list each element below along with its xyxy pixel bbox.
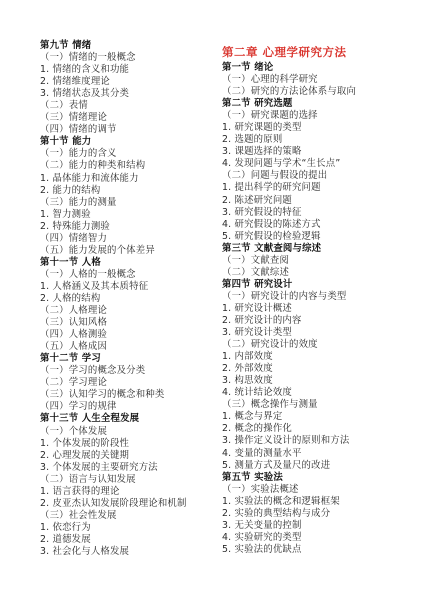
outline-item: 3. 个体发展的主要研究方法 xyxy=(40,462,220,474)
subsection-heading: （一）文献查阅 xyxy=(222,255,422,267)
outline-item: 4. 变量的测量水平 xyxy=(222,448,422,460)
subsection-heading: （一）研究课题的选择 xyxy=(222,110,422,122)
section-heading: 第三节 文献查阅与综述 xyxy=(222,243,422,255)
outline-item: 1. 概念与界定 xyxy=(222,411,422,423)
subsection-heading: （三）情绪理论 xyxy=(40,112,220,124)
outline-item: 2. 道德发展 xyxy=(40,534,220,546)
subsection-heading: （二）人格理论 xyxy=(40,305,220,317)
subsection-heading: （一）个体发展 xyxy=(40,426,220,438)
subsection-heading: （三）能力的测量 xyxy=(40,197,220,209)
subsection-heading: （四）情绪智力 xyxy=(40,233,220,245)
subsection-heading: （二）文献综述 xyxy=(222,267,422,279)
subsection-heading: （一）实验法概述 xyxy=(222,484,422,496)
subsection-heading: （三）认知学习的概念和种类 xyxy=(40,389,220,401)
outline-item: 1. 语言获得的理论 xyxy=(40,486,220,498)
outline-item: 1. 内部效度 xyxy=(222,351,422,363)
outline-item: 5. 实验法的优缺点 xyxy=(222,544,422,556)
outline-item: 2. 情绪维度理论 xyxy=(40,76,220,88)
outline-item: 5. 测量方式及量尺的改进 xyxy=(222,460,422,472)
section-heading: 第十二节 学习 xyxy=(40,353,220,365)
outline-item: 3. 操作定义设计的原则和方法 xyxy=(222,435,422,447)
outline-item: 1. 晶体能力和流体能力 xyxy=(40,173,220,185)
subsection-heading: （二）研究设计的效度 xyxy=(222,339,422,351)
outline-item: 2. 心理发展的关键期 xyxy=(40,450,220,462)
outline-item: 2. 皮亚杰认知发展阶段理论和机制 xyxy=(40,498,220,510)
outline-item: 4. 统计结论效度 xyxy=(222,387,422,399)
outline-item: 3. 情绪状态及其分类 xyxy=(40,88,220,100)
outline-item: 3. 无关变量的控制 xyxy=(222,520,422,532)
outline-item: 1. 研究课题的类型 xyxy=(222,122,422,134)
outline-item: 2. 实验的典型结构与成分 xyxy=(222,508,422,520)
outline-item: 4. 发现问题与学术“生长点” xyxy=(222,158,422,170)
outline-item: 2. 陈述研究问题 xyxy=(222,195,422,207)
subsection-heading: （二）表情 xyxy=(40,100,220,112)
outline-item: 3. 研究假设的特征 xyxy=(222,207,422,219)
subsection-heading: （四）情绪的调节 xyxy=(40,124,220,136)
section-heading: 第一节 绪论 xyxy=(222,62,422,74)
subsection-heading: （二）研究的方法论体系与取向 xyxy=(222,86,422,98)
subsection-heading: （一）人格的一般概念 xyxy=(40,269,220,281)
outline-item: 2. 人格的结构 xyxy=(40,293,220,305)
outline-item: 2. 能力的结构 xyxy=(40,185,220,197)
outline-item: 1. 提出科学的研究问题 xyxy=(222,182,422,194)
subsection-heading: （四）学习的规律 xyxy=(40,401,220,413)
section-heading: 第九节 情绪 xyxy=(40,40,220,52)
outline-item: 3. 课题选择的策略 xyxy=(222,146,422,158)
subsection-heading: （五）能力发展的个体差异 xyxy=(40,245,220,257)
outline-item: 1. 依恋行为 xyxy=(40,522,220,534)
outline-item: 1. 个体发展的阶段性 xyxy=(40,438,220,450)
section-heading: 第二节 研究选题 xyxy=(222,98,422,110)
subsection-heading: （二）语言与认知发展 xyxy=(40,474,220,486)
left-outline-column: 第九节 情绪（一）情绪的一般概念1. 情绪的含义和功能2. 情绪维度理论3. 情… xyxy=(40,40,220,558)
outline-item: 1. 情绪的含义和功能 xyxy=(40,64,220,76)
outline-item: 3. 构思效度 xyxy=(222,375,422,387)
subsection-heading: （三）概念操作与测量 xyxy=(222,399,422,411)
subsection-heading: （一）情绪的一般概念 xyxy=(40,52,220,64)
outline-item: 5. 研究假设的检验逻辑 xyxy=(222,231,422,243)
outline-item: 4. 研究假设的陈述方式 xyxy=(222,219,422,231)
subsection-heading: （三）社会性发展 xyxy=(40,510,220,522)
outline-item: 3. 研究设计类型 xyxy=(222,327,422,339)
section-heading: 第十节 能力 xyxy=(40,136,220,148)
outline-item: 2. 外部效度 xyxy=(222,363,422,375)
subsection-heading: （三）认知风格 xyxy=(40,317,220,329)
section-heading: 第十三节 人生全程发展 xyxy=(40,413,220,425)
subsection-heading: （一）学习的概念及分类 xyxy=(40,365,220,377)
right-outline-column: 第二章 心理学研究方法 第一节 绪论（一）心理的科学研究（二）研究的方法论体系与… xyxy=(222,40,422,556)
subsection-heading: （五）人格成因 xyxy=(40,341,220,353)
outline-item: 3. 社会化与人格发展 xyxy=(40,546,220,558)
chapter-title: 第二章 心理学研究方法 xyxy=(222,44,422,60)
subsection-heading: （二）问题与假设的提出 xyxy=(222,170,422,182)
outline-item: 1. 人格涵义及其本质特征 xyxy=(40,281,220,293)
section-heading: 第五节 实验法 xyxy=(222,472,422,484)
chapter-outline: 第一节 绪论（一）心理的科学研究（二）研究的方法论体系与取向第二节 研究选题（一… xyxy=(222,62,422,556)
subsection-heading: （四）人格测验 xyxy=(40,329,220,341)
outline-item: 1. 实验法的概念和逻辑框架 xyxy=(222,496,422,508)
outline-item: 2. 研究设计的内容 xyxy=(222,315,422,327)
outline-item: 2. 选题的原则 xyxy=(222,134,422,146)
outline-item: 1. 研究设计概述 xyxy=(222,303,422,315)
subsection-heading: （二）学习理论 xyxy=(40,377,220,389)
outline-item: 1. 智力测验 xyxy=(40,209,220,221)
subsection-heading: （一）研究设计的内容与类型 xyxy=(222,291,422,303)
outline-item: 2. 概念的操作化 xyxy=(222,423,422,435)
section-heading: 第四节 研究设计 xyxy=(222,279,422,291)
subsection-heading: （一）能力的含义 xyxy=(40,148,220,160)
section-heading: 第十一节 人格 xyxy=(40,257,220,269)
outline-item: 4. 实验研究的类型 xyxy=(222,532,422,544)
subsection-heading: （二）能力的种类和结构 xyxy=(40,160,220,172)
outline-item: 2. 特殊能力测验 xyxy=(40,221,220,233)
subsection-heading: （一）心理的科学研究 xyxy=(222,74,422,86)
